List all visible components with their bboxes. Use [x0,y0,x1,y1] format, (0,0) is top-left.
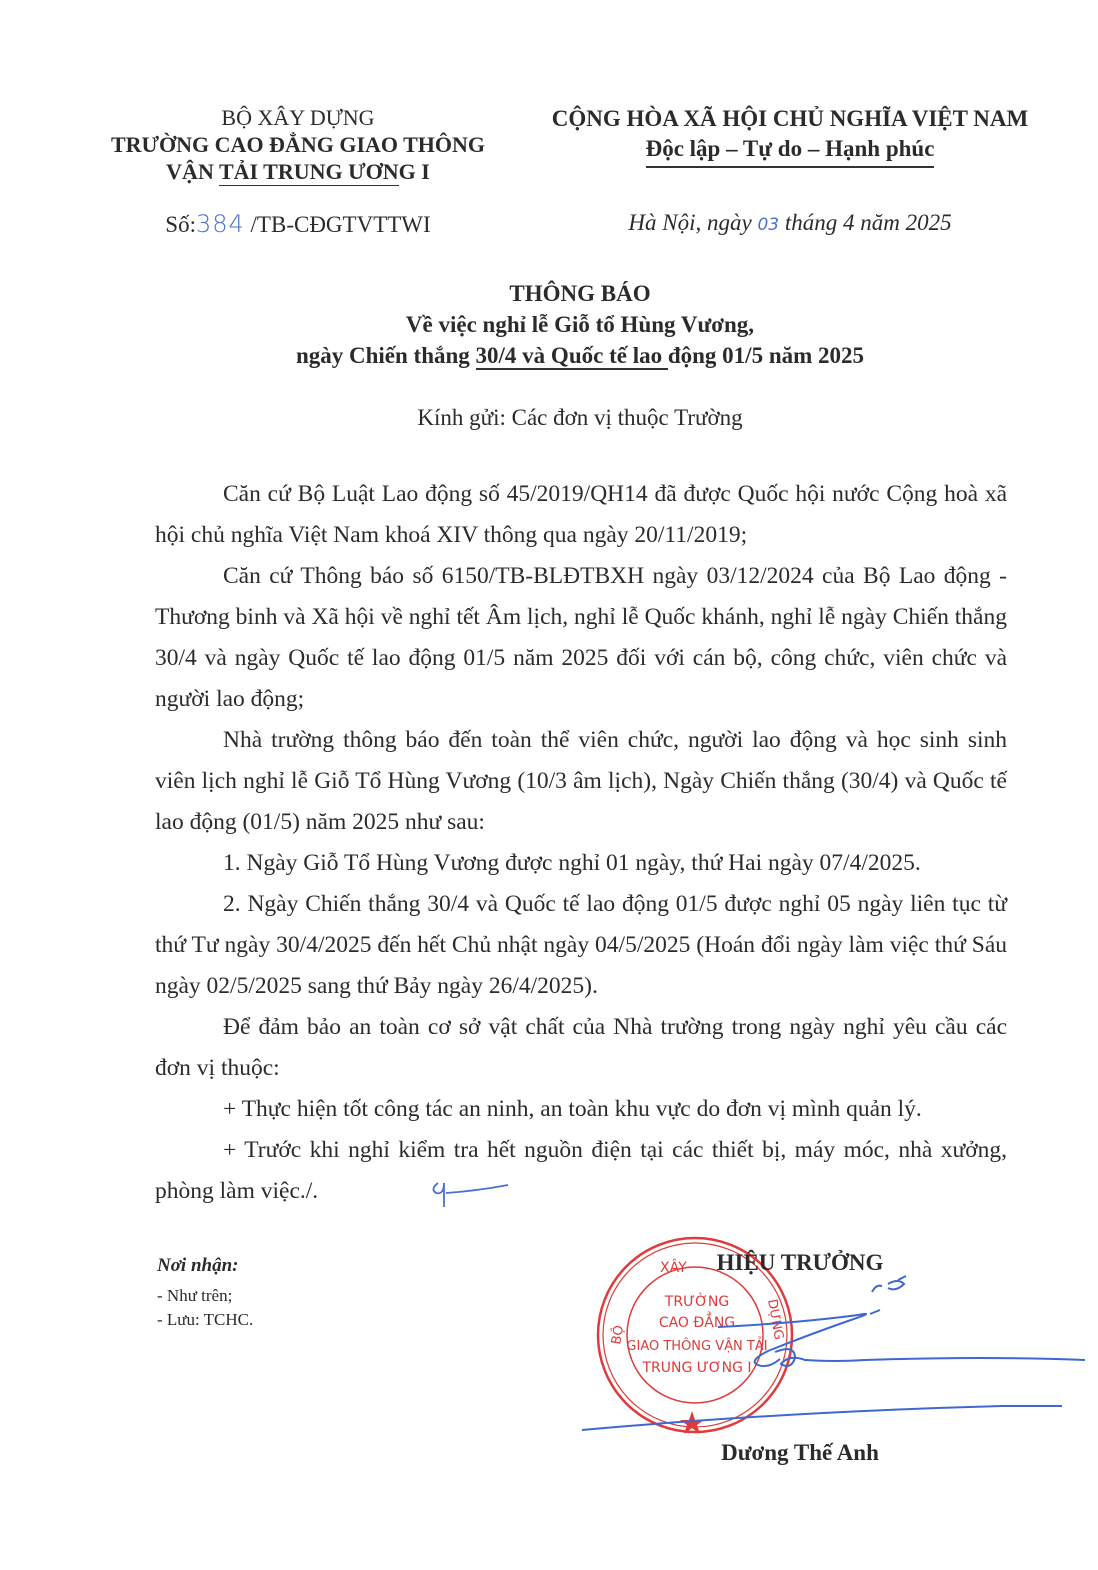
signer-name: Dương Thế Anh [600,1440,1000,1466]
initial-mark-icon [433,1183,508,1207]
seal-center-line: TRUNG ƯƠNG I [642,1360,752,1376]
seal-center-line: GIAO THÔNG VẬN TẢI [626,1337,767,1354]
seal-center-line: TRƯỜNG [664,1292,729,1310]
stamp-and-signature-overlay: XÂY BỘ DỰNG TRƯỜNG CAO ĐẲNG GIAO THÔNG V… [0,0,1098,1570]
seal-center-line: CAO ĐẲNG [659,1312,735,1331]
signer-title: HIỆU TRƯỞNG [600,1250,1000,1276]
seal-ring-right: DỰNG [764,1298,786,1341]
seal-ring-left: BỘ [608,1324,627,1346]
